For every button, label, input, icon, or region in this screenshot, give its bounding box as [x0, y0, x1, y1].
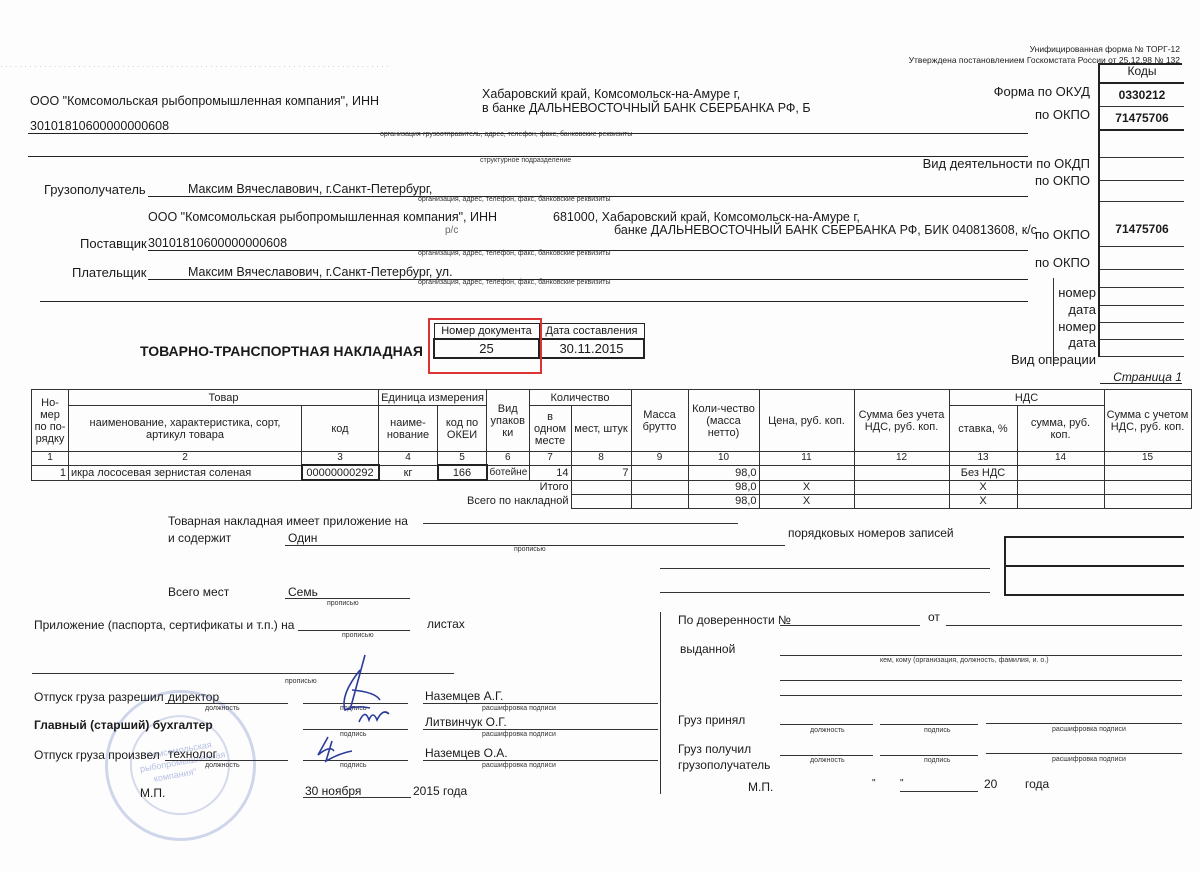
records-label: порядковых номеров записей	[788, 526, 954, 540]
signature-accountant	[355, 700, 395, 730]
supplier-caption: организация, адрес, телефон, факс, банко…	[418, 250, 611, 257]
consignee-caption: организация, адрес, телефон, факс, банко…	[418, 196, 611, 203]
scan-artifact-text: · · · · · · · · · · · · · · · · · · · · …	[0, 62, 389, 71]
quote-close: "	[900, 778, 904, 789]
year-prefix: 20	[984, 777, 997, 791]
proxy-date-line	[946, 625, 1182, 626]
col-num: 4	[379, 452, 438, 466]
col-num: 11	[759, 452, 854, 466]
shipper-bank: в банке ДАЛЬНЕВОСТОЧНЫЙ БАНК СБЕРБАНКА Р…	[482, 101, 811, 115]
supplier-address: 681000, Хабаровский край, Комсомольск-на…	[553, 210, 860, 224]
proxy-label: По доверенности №	[678, 613, 791, 627]
th-unit-name: наиме-нование	[379, 406, 438, 452]
annex-caption: прописью	[342, 632, 374, 639]
issued-line	[780, 655, 1182, 656]
released-by-name: Наземцев А.Г.	[425, 689, 503, 703]
decoding-caption: расшифровка подписи	[482, 705, 556, 712]
col-num: 8	[571, 452, 631, 466]
received-label: Груз принял	[678, 713, 745, 727]
th-places: мест, штук	[571, 406, 631, 452]
th-quantity: Количество	[529, 390, 631, 406]
release-date-line	[303, 797, 411, 798]
company-stamp: "Комсомольская рыбопромышленная компания…	[93, 678, 268, 853]
th-row-number: Но-мер по по-рядку	[32, 390, 69, 452]
shipper-caption: организация-грузоотправитель, адрес, тел…	[380, 131, 632, 138]
okpo-consignee-value	[1100, 181, 1184, 202]
accountant-label: Главный (старший) бухгалтер	[34, 718, 213, 732]
basis-number-value	[1100, 270, 1184, 288]
release-date-year: 2015 года	[413, 784, 467, 798]
itogo-net: 98,0	[688, 480, 759, 494]
places-caption: прописью	[327, 600, 359, 607]
th-vat-rate: ставка, %	[949, 406, 1017, 452]
stamp-place-right: М.П.	[748, 780, 773, 794]
shipped-name-line	[423, 760, 658, 761]
shipper-name: ООО "Комсомольская рыбопромышленная комп…	[30, 94, 379, 108]
cell-okei: 166	[438, 465, 487, 480]
table-row: 1 икра лососевая зернистая соленая 00000…	[32, 465, 1192, 480]
th-pack-type: Вид упаков ки	[487, 390, 530, 452]
shipper-address: Хабаровский край, Комсомольск-на-Амуре г…	[482, 87, 740, 101]
waybill-date-label: дата	[1068, 335, 1096, 350]
th-total: Сумма с учетом НДС, руб. коп.	[1104, 390, 1191, 452]
issued-label: выданной	[680, 642, 735, 656]
col-num: 15	[1104, 452, 1191, 466]
col-num: 7	[529, 452, 571, 466]
codes-title: Коды	[1100, 63, 1184, 84]
contains-caption: прописью	[514, 546, 546, 553]
doc-date-value: 30.11.2015	[539, 339, 644, 358]
accountant-name: Литвинчук О.Г.	[425, 715, 507, 729]
th-net: Коли-чество (масса нетто)	[688, 390, 759, 452]
vsego-row: Всего по накладной 98,0 X X	[32, 494, 1192, 508]
vsego-price: X	[759, 494, 854, 508]
consignee-sign-line	[880, 755, 978, 756]
cell-places: 7	[571, 465, 631, 480]
col-num: 10	[688, 452, 759, 466]
supplier-account: 30101810600000000608	[148, 236, 287, 250]
signature-caption: подпись	[924, 727, 950, 734]
form-name: Унифицированная форма № ТОРГ-12	[1030, 44, 1180, 54]
operation-type-label: Вид операции	[1011, 352, 1096, 367]
page-label: Страница 1	[1113, 370, 1182, 384]
attachment-line	[423, 523, 738, 524]
signature-caption: подпись	[924, 757, 950, 764]
payer-label: Плательщик	[72, 265, 146, 280]
th-sum-no-vat: Сумма без учета НДС, руб. коп.	[854, 390, 949, 452]
col-num: 5	[438, 452, 487, 466]
cell-n: 1	[32, 465, 69, 480]
cell-code: 00000000292	[302, 465, 379, 480]
goods-table: Но-мер по по-рядку Товар Единица измерен…	[31, 389, 1192, 509]
annex-caption-2: прописью	[285, 678, 317, 685]
received-sign-line	[880, 724, 978, 725]
th-unit: Единица измерения	[379, 390, 487, 406]
th-vat-sum: сумма, руб. коп.	[1017, 406, 1104, 452]
supplier-label: Поставщик	[80, 236, 147, 251]
supplier-account-rs: р/с	[445, 225, 458, 236]
decoding-caption: расшифровка подписи	[1052, 726, 1126, 733]
position-caption: должность	[205, 762, 240, 769]
vsego-vat-rate: X	[949, 494, 1017, 508]
shipped-by-name: Наземцев О.А.	[425, 746, 508, 760]
col-num: 1	[32, 452, 69, 466]
decoding-caption: расшифровка подписи	[482, 731, 556, 738]
attachment-label: Товарная накладная имеет приложение на	[168, 514, 408, 528]
itogo-row: Итого 98,0 X X	[32, 480, 1192, 494]
issued-caption: кем, кому (организация, должность, фамил…	[880, 657, 1049, 664]
waybill-number-label: номер	[1058, 319, 1096, 334]
payer-caption: организация, адрес, телефон, факс, банко…	[418, 279, 611, 286]
cell-per-place: 14	[529, 465, 571, 480]
th-per-place: в одном месте	[529, 406, 571, 452]
okpo-label: по ОКПО	[1035, 107, 1090, 122]
records-box	[1004, 536, 1184, 596]
places-line	[285, 598, 410, 599]
th-vat: НДС	[949, 390, 1104, 406]
quote-open: "	[872, 778, 876, 789]
released-by-position: директор	[168, 690, 219, 704]
released-by-label: Отпуск груза разрешил	[34, 690, 164, 704]
okpo-payer-value	[1100, 247, 1184, 270]
basis-date-label: дата	[1068, 302, 1096, 317]
th-gross: Масса брутто	[631, 390, 688, 452]
accountant-name-line	[423, 729, 658, 730]
cell-unit: кг	[379, 465, 438, 480]
basis-number-label: номер	[1058, 285, 1096, 300]
subdivision-caption: структурное подразделение	[480, 157, 571, 164]
cell-net: 98,0	[688, 465, 759, 480]
col-num: 3	[302, 452, 379, 466]
col-num: 6	[487, 452, 530, 466]
okpo-consignee-label: по ОКПО	[1035, 173, 1090, 188]
proxy-number-line	[780, 625, 920, 626]
released-pos-line	[165, 703, 288, 704]
operation-type-value	[1100, 340, 1184, 357]
cell-pack: ботейне	[487, 465, 530, 480]
consignee-pos-line	[780, 755, 873, 756]
right-line-1	[660, 568, 990, 569]
th-name: наименование, характеристика, сорт, арти…	[69, 406, 302, 452]
cell-vat-rate: Без НДС	[949, 465, 1017, 480]
col-num: 12	[854, 452, 949, 466]
itogo-price: X	[759, 480, 854, 494]
basis-line	[40, 301, 1028, 302]
consignee-name-line	[986, 753, 1182, 754]
issued-line-3	[780, 695, 1182, 696]
okpo-payer-label: по ОКПО	[1035, 255, 1090, 270]
basis-date-value	[1100, 288, 1184, 306]
col-num: 14	[1017, 452, 1104, 466]
contains-label: и содержит	[168, 531, 231, 545]
col-num: 2	[69, 452, 302, 466]
shipped-pos-line	[165, 760, 288, 761]
consignee-value: Максим Вячеславович, г.Санкт-Петербург,	[188, 182, 432, 196]
supplier-bank: банке ДАЛЬНЕВОСТОЧНЫЙ БАНК СБЕРБАНКА РФ,…	[614, 223, 1037, 237]
received-pos-line	[780, 724, 873, 725]
okpo-supplier-value: 71475706	[1100, 202, 1184, 247]
stamp-place-left: М.П.	[140, 786, 165, 800]
consignee-got-label-1: Груз получил	[678, 742, 751, 756]
shipped-by-position: технолог	[168, 747, 217, 761]
right-line-2	[660, 592, 990, 593]
cell-total	[1104, 465, 1191, 480]
code-cell-empty	[1100, 131, 1184, 158]
cell-name: икра лососевая зернистая соленая	[69, 465, 302, 480]
decoding-caption: расшифровка подписи	[482, 762, 556, 769]
annex-label: Приложение (паспорта, сертификаты и т.п.…	[34, 618, 294, 632]
released-name-line	[423, 703, 658, 704]
okpo-shipper-value: 71475706	[1100, 107, 1184, 131]
okud-label: Форма по ОКУД	[994, 84, 1090, 99]
places-label: Всего мест	[168, 585, 229, 599]
document-title: ТОВАРНО-ТРАНСПОРТНАЯ НАКЛАДНАЯ	[140, 343, 423, 359]
okud-value: 0330212	[1100, 84, 1184, 107]
th-price: Цена, руб. коп.	[759, 390, 854, 452]
cell-gross	[631, 465, 688, 480]
page-line	[1100, 383, 1182, 384]
okdp-label: Вид деятельности по ОКДП	[923, 156, 1090, 171]
position-caption: должность	[810, 727, 845, 734]
itogo-vat-rate: X	[949, 480, 1017, 494]
codes-top-border	[1098, 63, 1182, 65]
payer-value: Максим Вячеславович, г.Санкт-Петербург, …	[188, 265, 453, 279]
th-code: код	[302, 406, 379, 452]
cell-sum-no-vat	[854, 465, 949, 480]
annex-line	[298, 630, 410, 631]
okpo-supplier-label: по ОКПО	[1035, 227, 1090, 242]
th-goods: Товар	[69, 390, 379, 406]
col-num: 9	[631, 452, 688, 466]
proxy-from-label: от	[928, 610, 940, 624]
doc-date-header: Дата составления	[539, 324, 644, 340]
issued-line-2	[780, 680, 1182, 681]
shipped-by-label: Отпуск груза произвел	[34, 748, 160, 762]
year-suffix: года	[1025, 777, 1049, 791]
position-caption: должность	[810, 757, 845, 764]
decoding-caption: расшифровка подписи	[1052, 756, 1126, 763]
th-okei: код по ОКЕИ	[438, 406, 487, 452]
okdp-value	[1100, 158, 1184, 181]
sheets-label: листах	[427, 617, 465, 631]
itogo-label: Итого	[487, 480, 572, 494]
consignee-got-label-2: грузополучатель	[678, 758, 770, 772]
highlight-box	[428, 318, 542, 374]
release-date-day: 30 ноября	[305, 784, 361, 798]
waybill-date-value	[1100, 323, 1184, 340]
vsego-label: Всего по накладной	[438, 494, 572, 508]
codes-column: Коды 0330212 71475706 71475706	[1098, 63, 1184, 357]
cell-price	[759, 465, 854, 480]
contains-value: Один	[288, 531, 317, 545]
supplier-name: ООО "Комсомольская рыбопромышленная комп…	[148, 210, 497, 224]
footer-divider	[660, 612, 661, 794]
receive-date-line	[900, 791, 978, 792]
consignee-label: Грузополучатель	[44, 182, 146, 197]
col-num: 13	[949, 452, 1017, 466]
vsego-net: 98,0	[688, 494, 759, 508]
waybill-number-value	[1100, 306, 1184, 323]
cell-vat-sum	[1017, 465, 1104, 480]
places-value: Семь	[288, 585, 318, 599]
signature-technologist	[310, 735, 360, 765]
received-name-line	[986, 723, 1182, 724]
shipper-account: 30101810600000000608	[30, 119, 169, 133]
position-caption: должность	[205, 705, 240, 712]
